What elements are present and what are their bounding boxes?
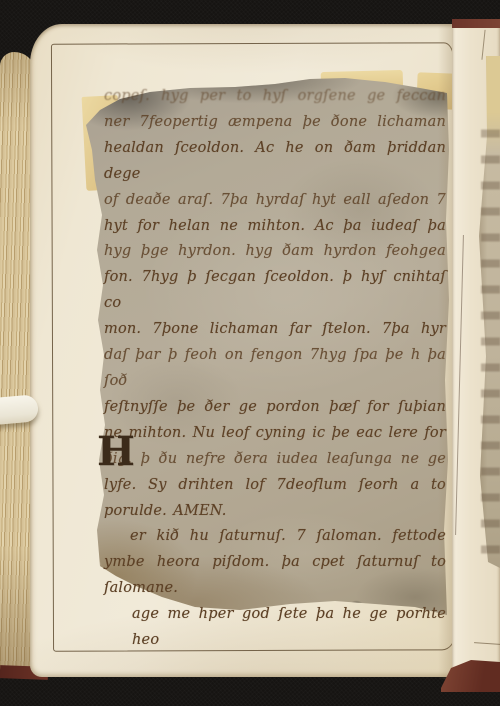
manuscript-line: hyt for helan ne mihton. Ac þa iudeaſ þa [104,214,446,240]
manuscript-line: ðig. þ ðu nefre ðera iudea leaſunga ne g… [104,447,446,473]
manuscript-line: fon. 7hyg þ ſecgan ſceoldon. þ hyſ cniht… [104,265,446,317]
manuscript-line: of deaðe araſ. 7þa hyrdaſ hyt eall aſedo… [104,188,446,214]
manuscript-line: mon. 7þone lichaman far ſtelon. 7þa hyr [104,317,446,343]
manuscript-line: daſ þar þ feoh on fengon 7hyg ſpa þe h þ… [104,343,446,395]
manuscript-line: ymbe heora piſdom. þa cpet ſaturnuſ to [104,550,446,576]
manuscript-line: copeſ. hyg per to hyſ orgſene ge feccan [104,84,446,110]
manuscript-line: porulde. AMEN. [104,499,446,525]
manuscript-line: ner 7feopertig æmpena þe ðone lichaman [104,110,446,136]
manuscript-line: feſtnyſſe þe ðer ge pordon þæſ for ſuþia… [104,395,446,421]
manuscript-line: hyg þge hyrdon. hyg ðam hyrdon feohgea [104,239,446,265]
manuscript-line: ne mihton. Nu leof cyning ic þe eac lere… [104,421,446,447]
manuscript-photo: copeſ. hyg per to hyſ orgſene ge feccan … [0,0,500,706]
manuscript-line: er kið hu ſaturnuſ. 7 ſaloman. fettode [104,524,446,550]
facing-page-faint-text [481,120,500,560]
initial-letter-h: H [97,432,135,472]
manuscript-text-block: copeſ. hyg per to hyſ orgſene ge feccan … [104,84,446,654]
manuscript-line: healdan ſceoldon. Ac he on ðam þriddan d… [104,136,446,188]
leather-binding-top-right [452,19,500,28]
manuscript-line: lyfe. Sy drihten lof 7deoflum ſeorh a to [104,473,446,499]
manuscript-line: ſalomane. [104,576,446,602]
manuscript-line: age me hper god ſete þa he ge porhte heo [104,602,446,654]
